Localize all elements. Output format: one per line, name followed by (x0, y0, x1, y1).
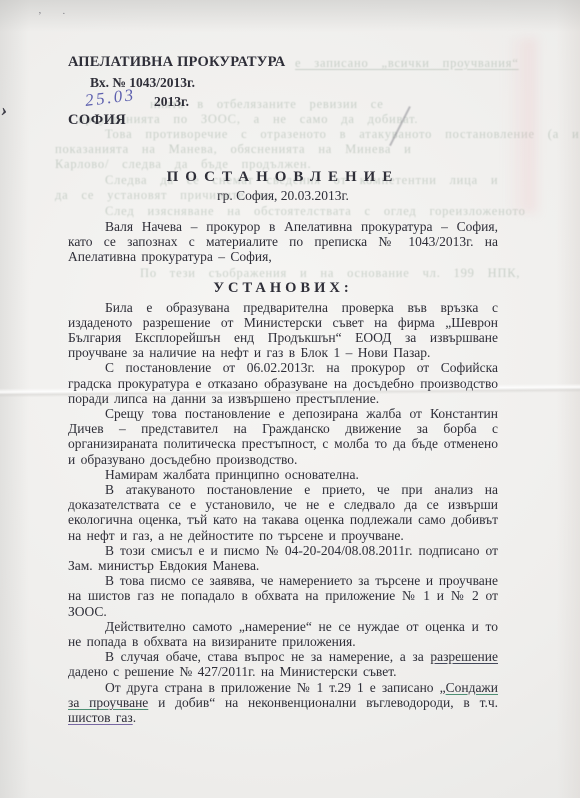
paragraph: Срещу това постановление е депозирана жа… (68, 406, 498, 467)
scan-speck: · (62, 8, 66, 20)
intro-paragraph: Валя Начева – прокурор в Апелативна прок… (68, 219, 498, 265)
paragraph: В това писмо се заявява, че намерението … (68, 573, 498, 619)
paragraph: Била е образувана предварителна проверка… (68, 300, 498, 361)
scan-speck: ’ (38, 10, 42, 22)
paragraph: В атакуваното постановление е прието, че… (68, 482, 498, 543)
organization-name: АПЕЛАТИВНА ПРОКУРАТУРА (68, 54, 498, 71)
city-label: СОФИЯ (68, 112, 498, 129)
document-title: ПОСТАНОВЛЕНИЕ (68, 169, 498, 186)
paragraph: В този смисъл е и писмо № 04-20-204/08.0… (68, 543, 498, 573)
paragraph: Намирам жалбата принципно основателна. (68, 467, 498, 482)
scanned-document-page: е записано „всички проучвания“нията в от… (0, 0, 580, 798)
underlined-text: разрешение (430, 649, 498, 664)
stamp-date-row: 25.03 2013г. (88, 92, 498, 111)
document-dateline: гр. София, 20.03.2013г. (68, 188, 498, 204)
registry-number: Вх. № 1043/2013г. (90, 75, 498, 91)
handwritten-margin-mark: › (0, 100, 9, 123)
document-content: АПЕЛАТИВНА ПРОКУРАТУРА Вх. № 1043/2013г.… (68, 54, 498, 725)
body-paragraphs: Била е образувана предварителна проверка… (68, 300, 498, 726)
paragraph: В случая обаче, става въпрос не за намер… (68, 649, 498, 679)
year-label: 2013г. (154, 92, 189, 111)
paragraph: Действително самото „намерение“ не се ну… (68, 619, 498, 649)
underlined-text: шистов газ (68, 710, 133, 725)
paragraph: От друга страна в приложение № 1 т.29 1 … (68, 680, 498, 726)
paragraph: С постановление от 06.02.2013г. на проку… (68, 360, 498, 406)
section-heading: УСТАНОВИХ: (68, 280, 498, 297)
scanner-color-tint (506, 38, 536, 213)
